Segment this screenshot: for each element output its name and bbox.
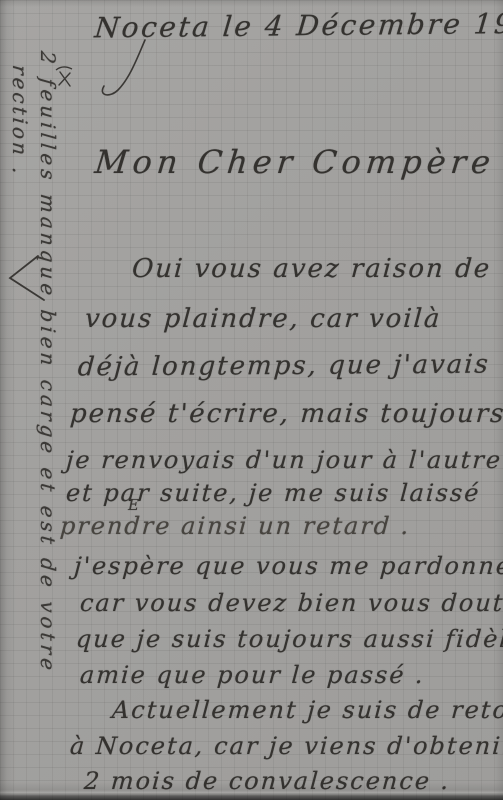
margin-note-line-1: 2 feuilles manque bien carge et est de v… (38, 50, 58, 675)
body-line: 2 mois de convalescence . (83, 769, 451, 793)
body-line: déjà longtemps, que j'avais (77, 352, 491, 381)
body-line: j'espère que vous me pardonnerez (73, 554, 503, 578)
body-line: je renvoyais d'un jour à l'autre (65, 448, 503, 472)
body-line: car vous devez bien vous douter (79, 591, 503, 615)
letter-page: Noceta le 4 Décembre 1918 2 feuilles man… (0, 0, 503, 800)
margin-note-line-2: rection . (10, 64, 30, 177)
body-line: Actuellement je suis de retour (111, 698, 503, 722)
body-line: prendre ainsi un retard . (59, 514, 411, 538)
dateline: Noceta le 4 Décembre 1918 (93, 10, 503, 43)
inserted-letter: E (128, 498, 139, 513)
body-line: pensé t'écrire, mais toujours (69, 401, 503, 427)
body-line: que je suis toujours aussi fidèle (75, 627, 503, 651)
salutation: Mon Cher Compère . (93, 146, 503, 178)
body-line: vous plaindre, car voilà (84, 306, 442, 332)
body-line: à Noceta, car je viens d'obtenir (69, 734, 503, 758)
pen-flourish (90, 38, 160, 103)
body-line: Oui vous avez raison de (131, 256, 492, 282)
body-line: amie que pour le passé . (79, 663, 426, 687)
